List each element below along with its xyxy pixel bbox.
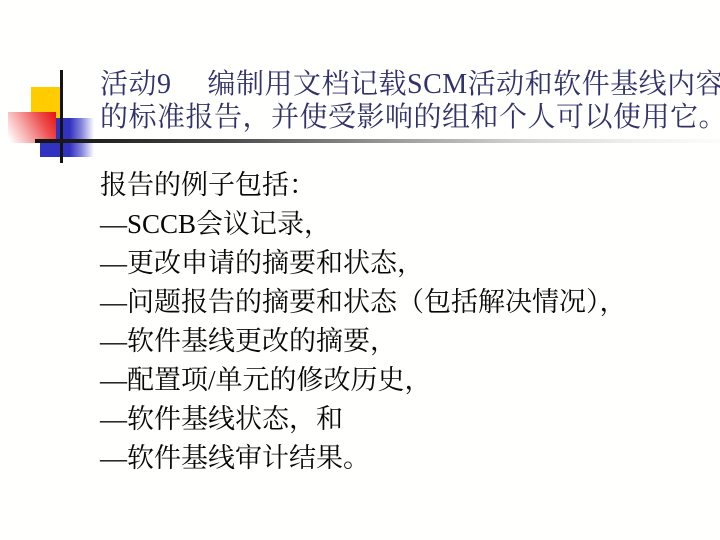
slide-body: 报告的例子包括： —SCCB会议记录， —更改申请的摘要和状态， —问题报告的摘… (100, 166, 700, 478)
body-line: —SCCB会议记录， (100, 205, 700, 244)
body-line: —问题报告的摘要和状态（包括解决情况）， (100, 283, 700, 322)
body-line: —软件基线状态，和 (100, 400, 700, 439)
body-line: —软件基线更改的摘要， (100, 322, 700, 361)
body-line: —配置项/单元的修改历史， (100, 361, 700, 400)
slide-title-line2: 的标准报告，并使受影响的组和个人可以使用它。 (100, 101, 715, 134)
title-divider-line (35, 139, 720, 143)
body-line: —软件基线审计结果。 (100, 439, 700, 478)
body-line: —更改申请的摘要和状态， (100, 244, 700, 283)
slide-title: 活动9 编制用文档记载SCM活动和软件基线内容 的标准报告，并使受影响的组和个人… (100, 68, 715, 134)
slide: 活动9 编制用文档记载SCM活动和软件基线内容 的标准报告，并使受影响的组和个人… (0, 0, 720, 540)
vertical-line (60, 70, 63, 163)
slide-title-line1: 活动9 编制用文档记载SCM活动和软件基线内容 (100, 68, 715, 101)
body-intro-line: 报告的例子包括： (100, 166, 700, 205)
